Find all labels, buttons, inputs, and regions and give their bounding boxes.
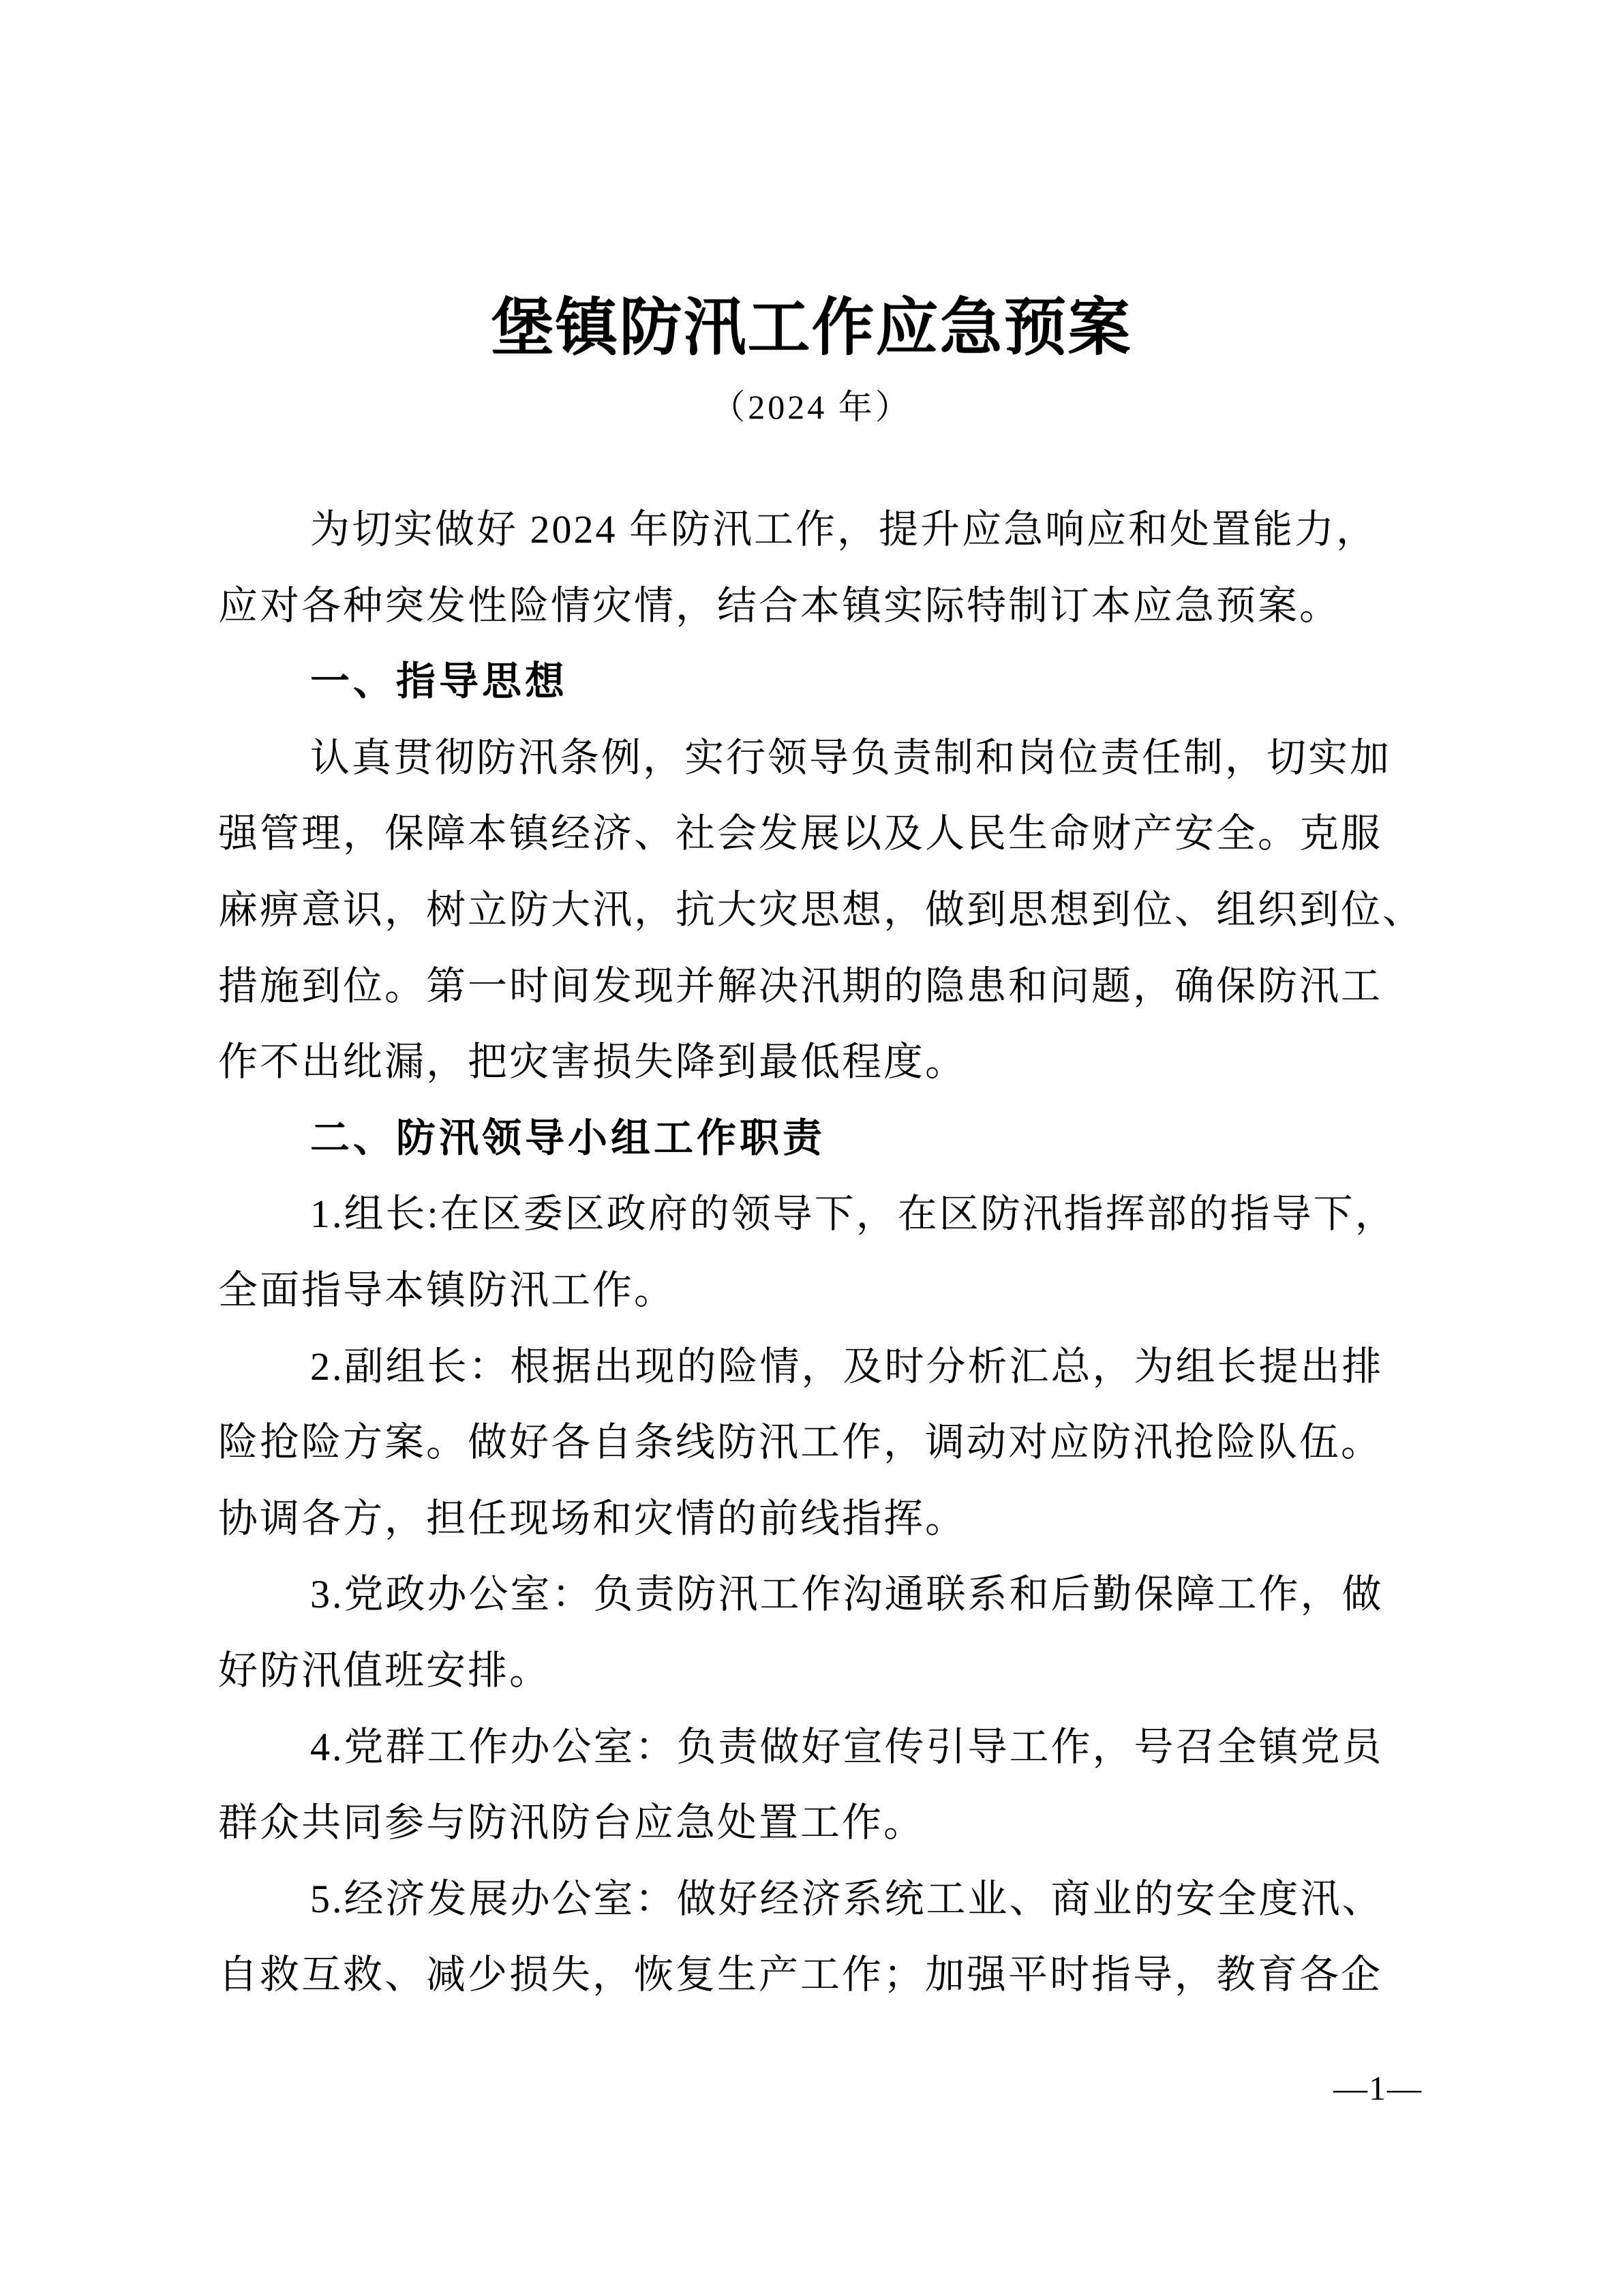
document-title: 堡镇防汛工作应急预案 <box>0 285 1623 371</box>
paragraph-line: 协调各方，担任现场和灾情的前线指挥。 <box>218 1481 1422 1557</box>
paragraph-line: 全面指导本镇防汛工作。 <box>218 1252 1422 1329</box>
list-item-line: 3.党政办公室：负责防汛工作沟通联系和后勤保障工作，做 <box>218 1556 1422 1633</box>
paragraph-line: 强管理，保障本镇经济、社会发展以及人民生命财产安全。克服 <box>218 796 1422 872</box>
list-item-line: 4.党群工作办公室：负责做好宣传引导工作，号召全镇党员 <box>218 1709 1422 1785</box>
paragraph-line: 应对各种突发性险情灾情，结合本镇实际特制订本应急预案。 <box>218 568 1422 644</box>
document-body: 为切实做好 2024 年防汛工作，提升应急响应和处置能力， 应对各种突发性险情灾… <box>218 492 1422 2013</box>
paragraph-line: 认真贯彻防汛条例，实行领导负责制和岗位责任制，切实加 <box>218 720 1422 796</box>
list-item-line: 1.组长:在区委区政府的领导下，在区防汛指挥部的指导下， <box>218 1176 1422 1252</box>
section-heading-2: 二、防汛领导小组工作职责 <box>218 1100 1422 1177</box>
paragraph-line: 群众共同参与防汛防台应急处置工作。 <box>218 1785 1422 1861</box>
document-subtitle: （2024 年） <box>0 382 1623 432</box>
paragraph-line: 作不出纰漏，把灾害损失降到最低程度。 <box>218 1024 1422 1100</box>
paragraph-line: 好防汛值班安排。 <box>218 1633 1422 1709</box>
page-number: —1— <box>1333 2067 1423 2109</box>
section-heading-1: 一、指导思想 <box>218 644 1422 720</box>
paragraph-line: 措施到位。第一时间发现并解决汛期的隐患和问题，确保防汛工 <box>218 948 1422 1025</box>
list-item-line: 5.经济发展办公室：做好经济系统工业、商业的安全度汛、 <box>218 1861 1422 1937</box>
paragraph-line: 险抢险方案。做好各自条线防汛工作，调动对应防汛抢险队伍。 <box>218 1404 1422 1481</box>
document-page: 堡镇防汛工作应急预案 （2024 年） 为切实做好 2024 年防汛工作，提升应… <box>0 0 1623 2296</box>
paragraph-line: 麻痹意识，树立防大汛，抗大灾思想，做到思想到位、组织到位、 <box>218 872 1422 948</box>
paragraph-line: 自救互救、减少损失，恢复生产工作；加强平时指导，教育各企 <box>218 1937 1422 2013</box>
paragraph-line: 为切实做好 2024 年防汛工作，提升应急响应和处置能力， <box>218 492 1422 568</box>
list-item-line: 2.副组长：根据出现的险情，及时分析汇总，为组长提出排 <box>218 1329 1422 1405</box>
